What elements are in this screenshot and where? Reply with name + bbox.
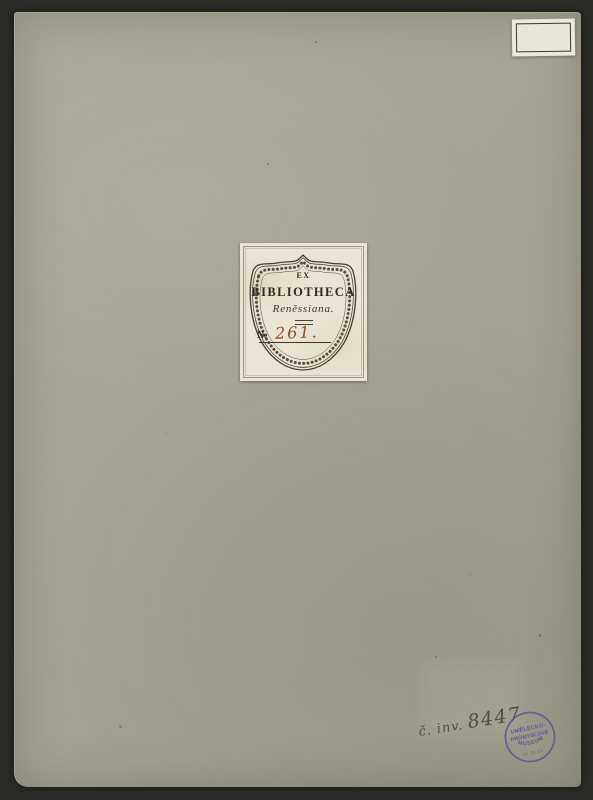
bookplate-number-row: № 261. <box>257 323 319 342</box>
museum-stamp-graphic: · — · UMĚLECKO- PRŮMYSLOVÉ MUSEUM 52 23 … <box>497 703 564 771</box>
foxing-speck <box>435 656 437 658</box>
bookplate-title: BIBLIOTHECA <box>240 285 367 300</box>
stamp-line4: 52 23 54 <box>523 748 545 756</box>
corner-label-border <box>516 23 571 53</box>
foxing-speck <box>119 725 122 728</box>
foxing-speck <box>165 433 167 434</box>
ex-libris-bookplate: EX BIBLIOTHECA Renĕssiana. № 261. <box>240 243 367 381</box>
corner-label <box>512 19 576 57</box>
scan-background: EX BIBLIOTHECA Renĕssiana. № 261. č. inv… <box>0 0 593 800</box>
bookplate-ex-label: EX <box>240 271 367 280</box>
bookplate-collection: Renĕssiana. <box>240 303 367 315</box>
foxing-speck <box>267 163 269 165</box>
bookplate-number-prefix: № <box>257 329 268 341</box>
bookplate-number-handwritten: 261. <box>275 322 319 343</box>
foxing-speck <box>315 41 317 43</box>
paper-sheet: EX BIBLIOTHECA Renĕssiana. № 261. č. inv… <box>14 12 581 787</box>
museum-stamp: · — · UMĚLECKO- PRŮMYSLOVÉ MUSEUM 52 23 … <box>497 703 564 771</box>
bookplate-number-underline <box>259 342 331 343</box>
foxing-speck <box>539 634 541 637</box>
foxing-speck <box>470 573 471 575</box>
